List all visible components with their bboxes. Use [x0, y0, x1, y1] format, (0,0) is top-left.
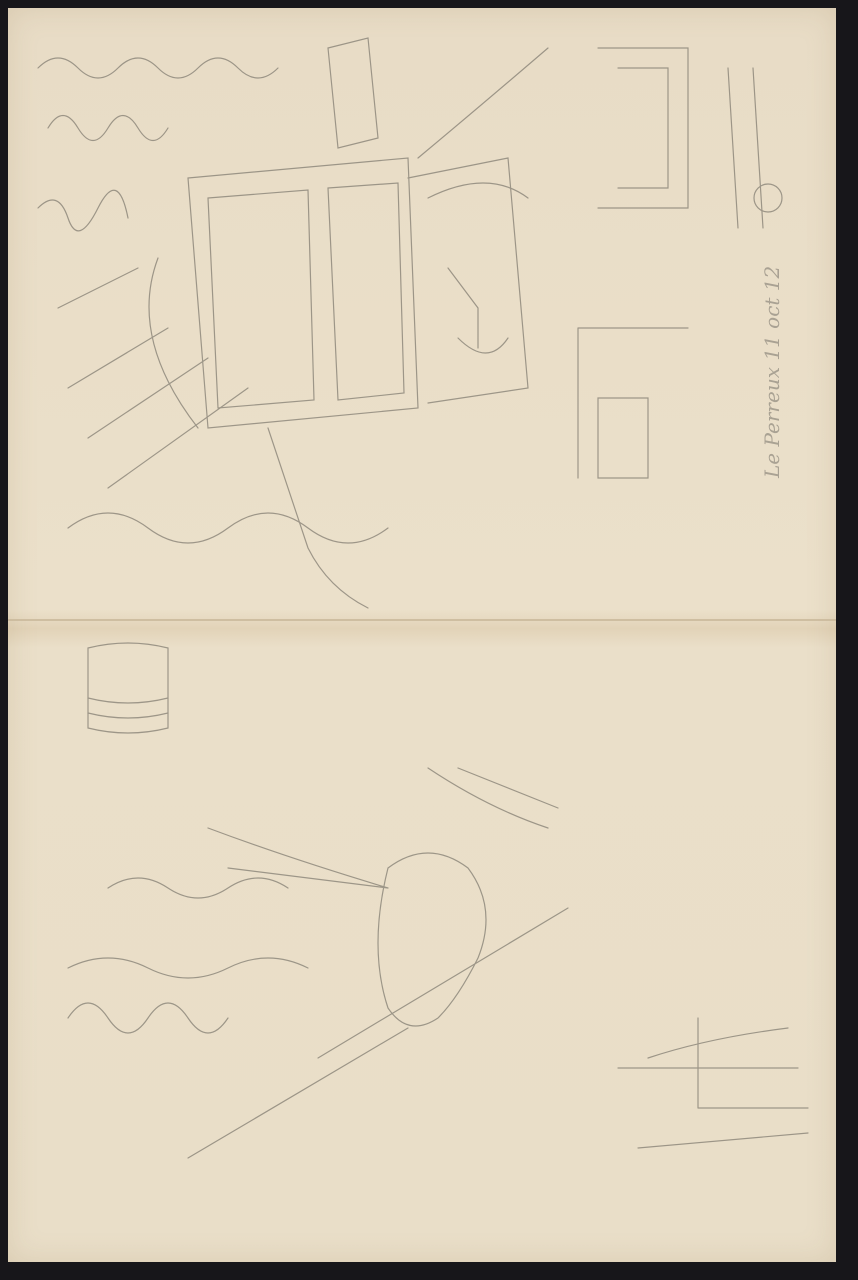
pencil-sketches: [8, 8, 836, 1262]
inscription: Le Perreux 11 oct 12: [760, 266, 784, 478]
paper-sheet: Le Perreux 11 oct 12: [8, 8, 836, 1262]
